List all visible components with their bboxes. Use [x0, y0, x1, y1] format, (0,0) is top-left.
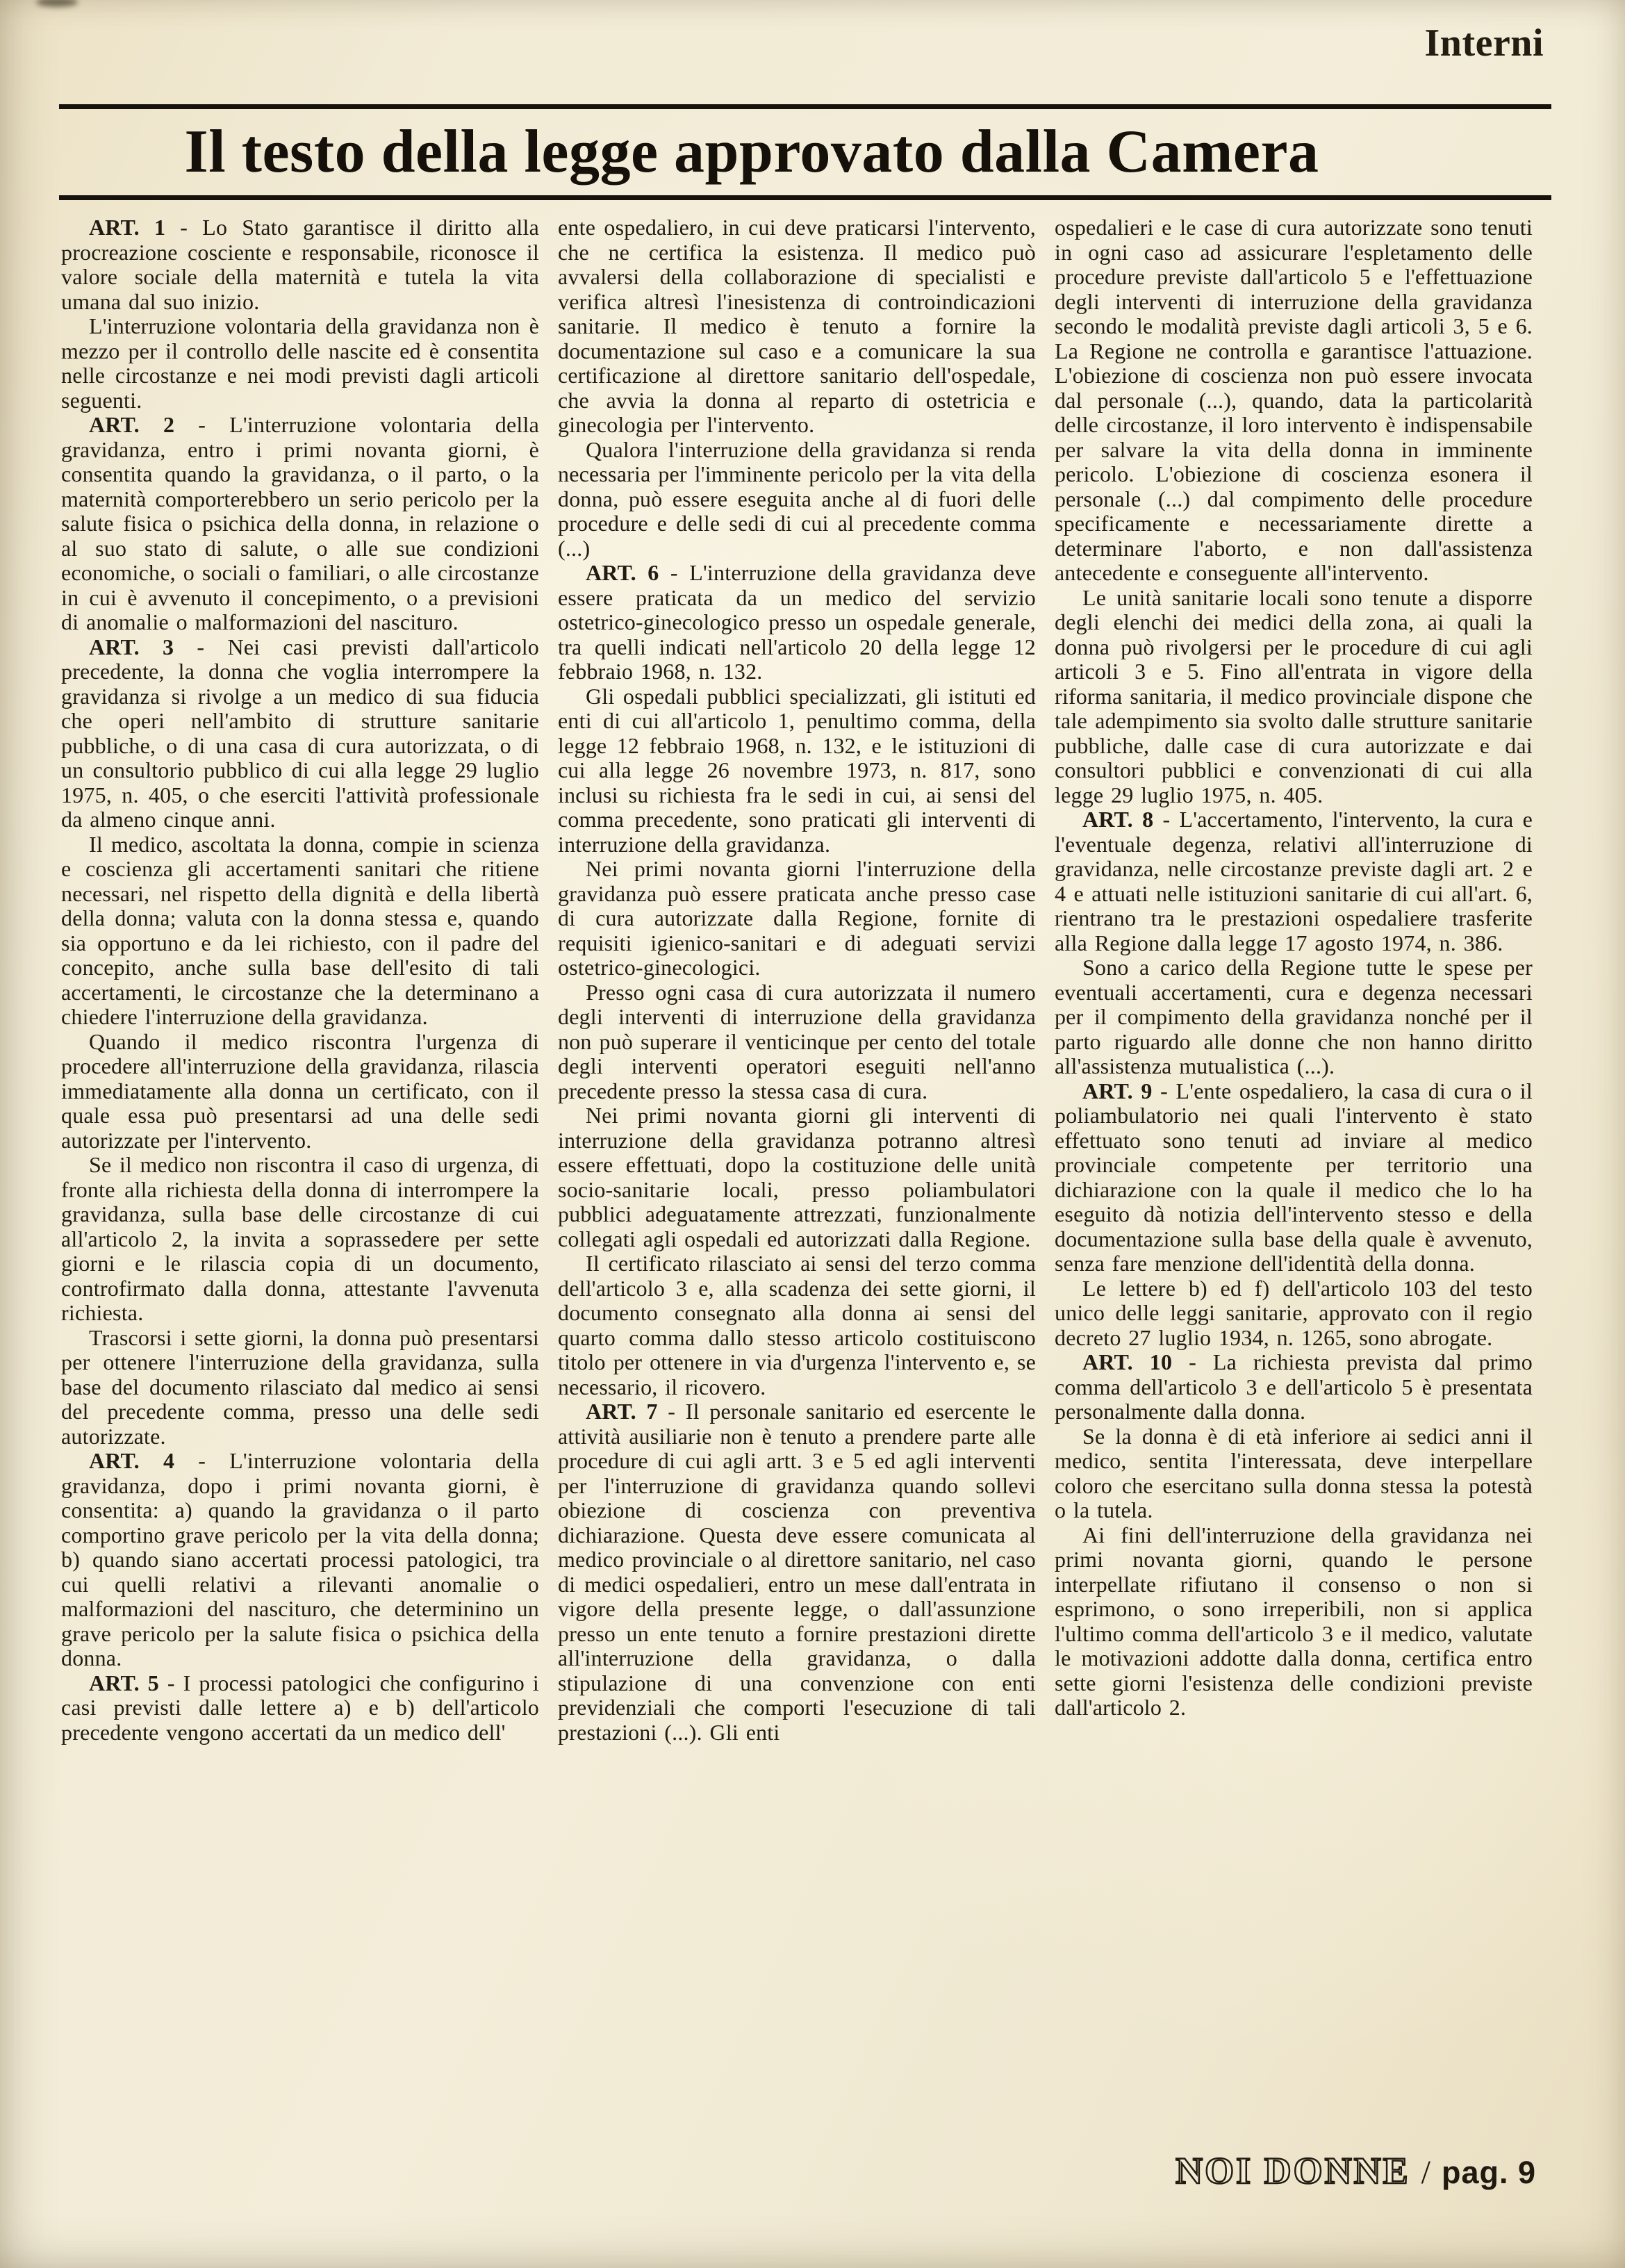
article-paragraph: ART. 3 - Nei casi previsti dall'articolo… — [61, 635, 539, 832]
paragraph: Se la donna è di età inferiore ai sedici… — [1055, 1424, 1533, 1523]
article-paragraph: ART. 9 - L'ente ospedaliero, la casa di … — [1055, 1079, 1533, 1276]
article-number: ART. 3 — [89, 634, 174, 659]
column-1: ART. 1 - Lo Stato garantisce il diritto … — [61, 215, 539, 1745]
article-paragraph: ART. 2 - L'interruzione volontaria della… — [61, 413, 539, 635]
paragraph: Gli ospedali pubblici specializzati, gli… — [558, 684, 1036, 857]
article-number: ART. 4 — [89, 1448, 174, 1473]
article-paragraph: ART. 4 - L'interruzione volontaria della… — [61, 1449, 539, 1671]
magazine-logo: NOI DONNE — [1176, 2149, 1410, 2192]
article-paragraph: ART. 1 - Lo Stato garantisce il diritto … — [61, 215, 539, 314]
header-rule-top — [59, 104, 1551, 109]
article-paragraph: ART. 8 - L'accertamento, l'intervento, l… — [1055, 807, 1533, 955]
article-paragraph: ART. 6 - L'interruzione della gravidanza… — [558, 561, 1036, 684]
column-3: ospedalieri e le case di cura autorizzat… — [1055, 215, 1533, 1720]
article-number: ART. 7 — [586, 1399, 658, 1424]
paragraph: Il certificato rilasciato ai sensi del t… — [558, 1251, 1036, 1399]
paragraph: Se il medico non riscontra il caso di ur… — [61, 1153, 539, 1326]
paragraph: Le unità sanitarie locali sono tenute a … — [1055, 586, 1533, 808]
paragraph: Il medico, ascoltata la donna, compie in… — [61, 832, 539, 1030]
article-number: ART. 2 — [89, 412, 174, 437]
paragraph: Quando il medico riscontra l'urgenza di … — [61, 1030, 539, 1153]
article-number: ART. 9 — [1082, 1078, 1153, 1103]
paragraph: Trascorsi i sette giorni, la donna può p… — [61, 1326, 539, 1449]
paragraph: ente ospedaliero, in cui deve praticarsi… — [558, 215, 1036, 438]
article-number: ART. 10 — [1082, 1349, 1172, 1374]
page-number: pag. 9 — [1442, 2155, 1536, 2191]
paragraph: Sono a carico della Regione tutte le spe… — [1055, 955, 1533, 1079]
paragraph: Nei primi novanta giorni gli interventi … — [558, 1103, 1036, 1251]
paragraph: Qualora l'interruzione della gravidanza … — [558, 438, 1036, 561]
article-paragraph: ART. 5 - I processi patologici che confi… — [61, 1671, 539, 1745]
article-number: ART. 6 — [586, 560, 659, 585]
article-body: ART. 1 - Lo Stato garantisce il diritto … — [61, 215, 1533, 1745]
paragraph: Ai fini dell'interruzione della gravidan… — [1055, 1523, 1533, 1720]
header-rule-bottom — [59, 195, 1551, 200]
paragraph: L'interruzione volontaria della gravidan… — [61, 314, 539, 413]
column-2: ente ospedaliero, in cui deve praticarsi… — [558, 215, 1036, 1745]
article-paragraph: ART. 10 - La richiesta prevista dal prim… — [1055, 1350, 1533, 1424]
article-number: ART. 5 — [89, 1670, 159, 1695]
paragraph: ospedalieri e le case di cura autorizzat… — [1055, 215, 1533, 586]
paragraph: Presso ogni casa di cura autorizzata il … — [558, 980, 1036, 1104]
paragraph: Le lettere b) ed f) dell'articolo 103 de… — [1055, 1276, 1533, 1351]
section-label: Interni — [1425, 21, 1544, 65]
headline: Il testo della legge approvato dalla Cam… — [59, 109, 1551, 195]
scan-smudge — [36, 0, 78, 7]
footer-separator: / — [1421, 2153, 1430, 2192]
page-footer: NOI DONNE / pag. 9 — [1176, 2149, 1536, 2192]
article-number: ART. 1 — [89, 215, 165, 240]
paragraph: Nei primi novanta giorni l'interruzione … — [558, 857, 1036, 980]
article-paragraph: ART. 7 - Il personale sanitario ed eserc… — [558, 1399, 1036, 1745]
article-number: ART. 8 — [1082, 807, 1153, 832]
newspaper-page: Interni Il testo della legge approvato d… — [0, 0, 1625, 2268]
